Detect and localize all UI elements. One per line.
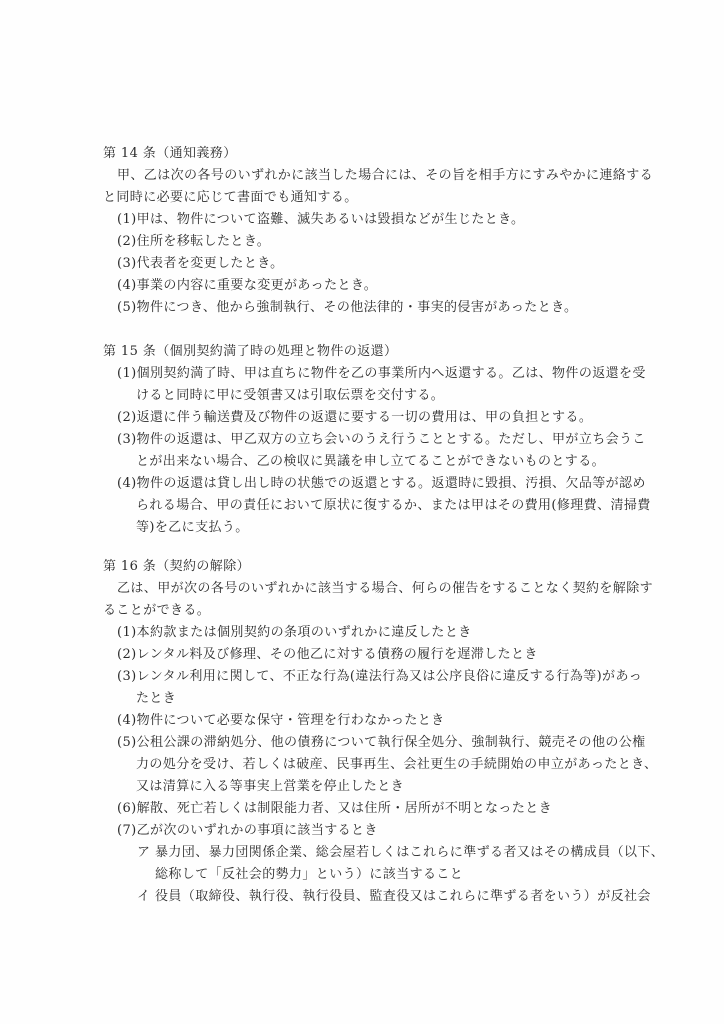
article-15-item-4-line-1: (4)物件の返還は貸し出し時の状態での返還とする。返還時に毀損、汚損、欠品等が認…	[117, 473, 646, 495]
article-16-item-2: (2)レンタル料及び修理、その他乙に対する債務の履行を遅滞したとき	[117, 644, 538, 666]
article-15-item-1-line-1: (1)個別契約満了時、甲は直ちに物件を乙の事業所内へ返還する。乙は、物件の返還を…	[117, 363, 646, 385]
article-16-intro-line-2: ることができる。	[103, 600, 210, 622]
article-16-item-5-line-2: 力の処分を受け、若しくは破産、民事再生、会社更生の手続開始の申立があったとき、	[136, 754, 657, 776]
article-16-subitem-i-line-1: 役員（取締役、執行役、執行役員、監査役又はこれらに準ずる者をいう）が反社会	[155, 886, 651, 908]
article-16-item-5-line-3: 又は清算に入る等事実上営業を停止したとき	[136, 776, 404, 798]
article-16-subitem-i-mark: イ	[137, 886, 150, 908]
article-16-heading: 第 16 条（契約の解除）	[103, 556, 250, 578]
article-16-subitem-a-line-1: 暴力団、暴力団関係企業、総会屋若しくはこれらに準ずる者又はその構成員（以下、	[155, 842, 664, 864]
article-16-item-5-line-1: (5)公租公課の滞納処分、他の債務について執行保全処分、強制執行、競売その他の公…	[117, 732, 646, 754]
article-15-item-1-line-2: けると同時に甲に受領書又は引取伝票を交付する。	[136, 385, 444, 407]
article-16-item-3-line-2: たとき	[136, 688, 176, 710]
article-15-item-4-line-2: られる場合、甲の責任において原状に復するか、または甲はその費用(修理費、清掃費	[136, 495, 651, 517]
article-16-subitem-a-line-2: 総称して「反社会的勢力」という）に該当すること	[155, 864, 463, 886]
article-16-item-4: (4)物件について必要な保守・管理を行わなかったとき	[117, 710, 445, 732]
article-14-heading: 第 14 条（通知義務）	[103, 143, 237, 165]
article-14-item-1: (1)甲は、物件について盗難、滅失あるいは毀損などが生じたとき。	[117, 209, 524, 231]
article-16-item-7: (7)乙が次のいずれかの事項に該当するとき	[117, 820, 378, 842]
article-16-subitem-a-mark: ア	[137, 842, 150, 864]
article-16-item-6: (6)解散、死亡若しくは制限能力者、又は住所・居所が不明となったとき	[117, 798, 552, 820]
article-16-item-1: (1)本約款または個別契約の条項のいずれかに違反したとき	[117, 622, 472, 644]
article-14-item-5: (5)物件につき、他から強制執行、その他法律的・事実的侵害があったとき。	[117, 297, 577, 319]
document-page: 第 14 条（通知義務） 甲、乙は次の各号のいずれかに該当した場合には、その旨を…	[0, 0, 724, 1024]
article-14-item-2: (2)住所を移転したとき。	[117, 231, 270, 253]
article-14-intro-line-1: 甲、乙は次の各号のいずれかに該当した場合には、その旨を相手方にすみやかに連絡する	[117, 165, 653, 187]
article-14-intro-line-2: と同時に必要に応じて書面でも通知する。	[103, 187, 358, 209]
article-14-item-3: (3)代表者を変更したとき。	[117, 253, 284, 275]
article-14-item-4: (4)事業の内容に重要な変更があったとき。	[117, 275, 377, 297]
article-16-intro-line-1: 乙は、甲が次の各号のいずれかに該当する場合、何らの催告をすることなく契約を解除す	[117, 578, 653, 600]
article-15-item-4-line-3: 等)を乙に支払う。	[136, 517, 249, 539]
article-15-item-3-line-1: (3)物件の返還は、甲乙双方の立ち会いのうえ行うこととする。ただし、甲が立ち会う…	[117, 429, 646, 451]
article-15-item-2: (2)返還に伴う輸送費及び物件の返還に要する一切の費用は、甲の負担とする。	[117, 407, 592, 429]
article-15-item-3-line-2: とが出来ない場合、乙の検収に異議を申し立てることができないものとする。	[136, 451, 605, 473]
article-15-heading: 第 15 条（個別契約満了時の処理と物件の返還）	[103, 341, 397, 363]
article-16-item-3-line-1: (3)レンタル利用に関して、不正な行為(違法行為又は公序良俗に違反する行為等)が…	[117, 666, 642, 688]
